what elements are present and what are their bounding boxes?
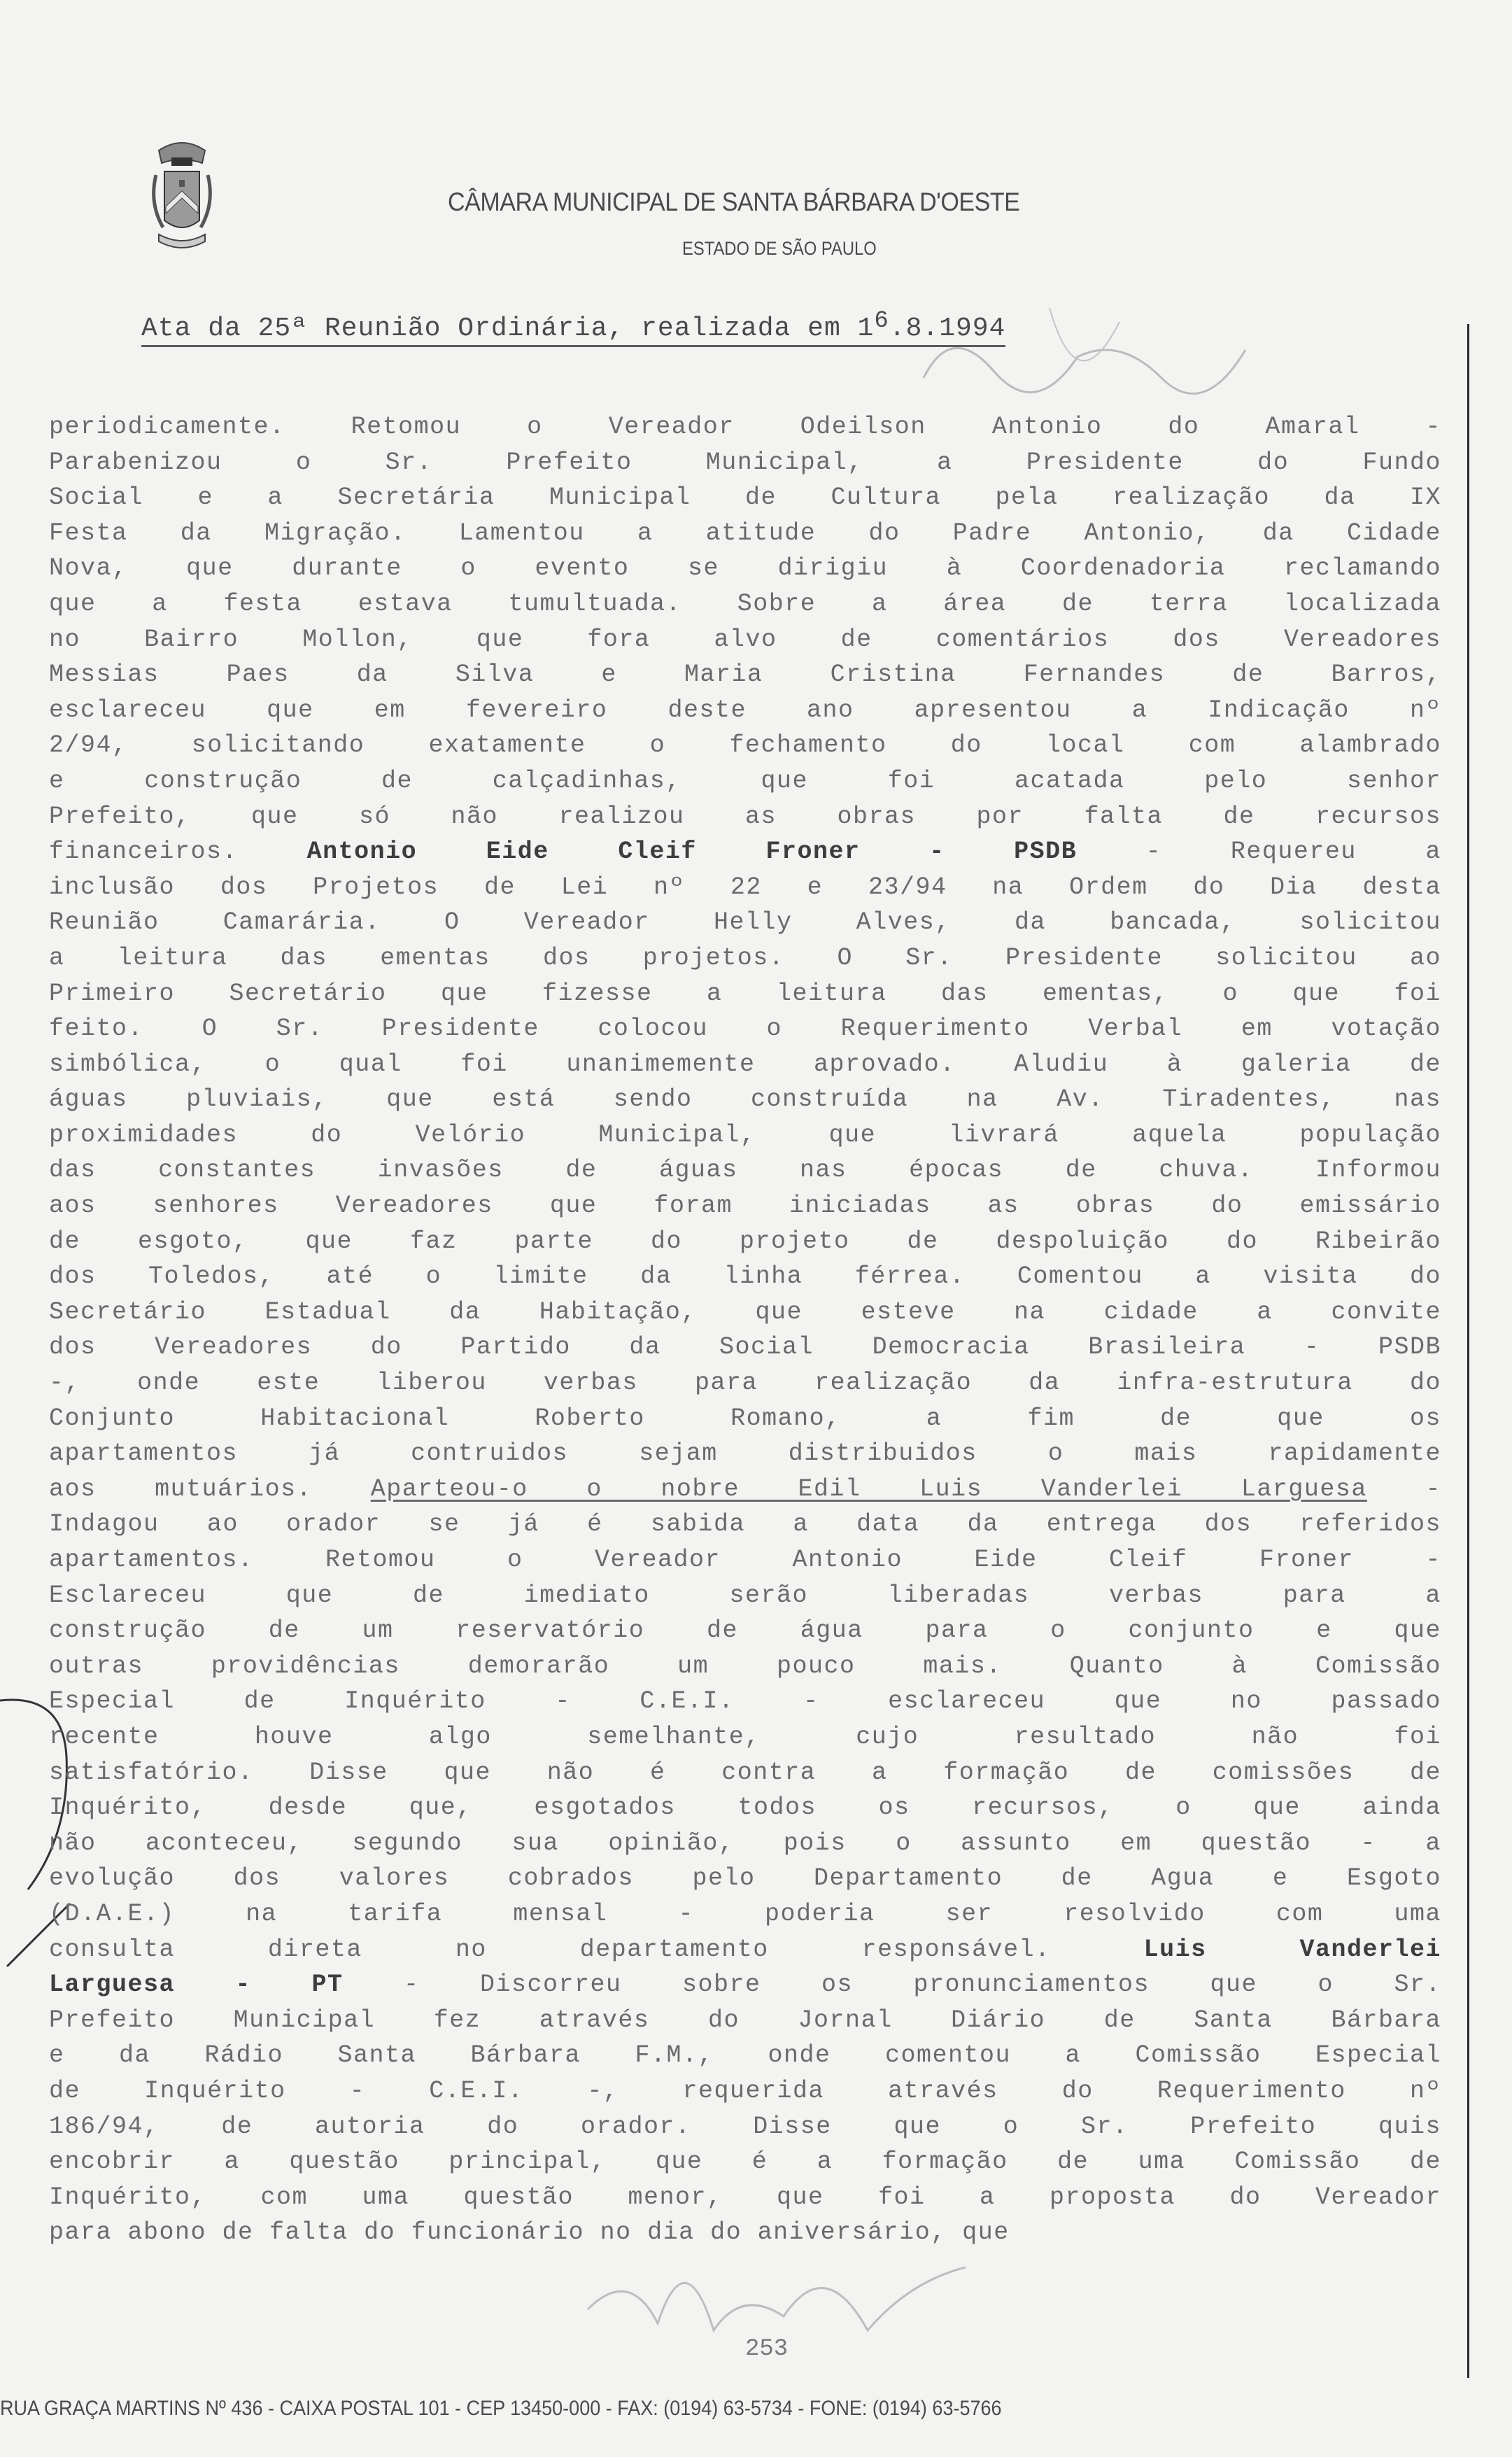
text-segment: Prefeito, que só não realizou as obras p… — [49, 803, 1441, 831]
text-segment: - — [1367, 1475, 1441, 1503]
text-segment: de Inquérito - C.E.I. -, requerida atrav… — [49, 2077, 1441, 2105]
document-title-suffix: .8.1994 — [889, 314, 1006, 344]
text-segment: para abono de falta do funcionário no di… — [49, 2218, 1010, 2246]
text-line: construção de um reservatório de água pa… — [49, 1613, 1441, 1649]
text-line: Especial de Inquérito - C.E.I. - esclare… — [49, 1684, 1441, 1719]
text-segment: Indagou ao orador se já é sabida a data … — [49, 1510, 1441, 1538]
text-line: -, onde este liberou verbas para realiza… — [49, 1365, 1441, 1401]
text-segment: Secretário Estadual da Habitação, que es… — [49, 1298, 1441, 1326]
text-segment: Festa da Migração. Lamentou a atitude do… — [49, 519, 1441, 547]
text-segment: periodicamente. Retomou o Vereador Odeil… — [49, 413, 1441, 441]
text-line: consulta direta no departamento responsá… — [49, 1932, 1441, 1968]
text-line: de esgoto, que faz parte do projeto de d… — [49, 1224, 1441, 1260]
text-segment: 2/94, solicitando exatamente o fechament… — [49, 731, 1441, 759]
text-line: 186/94, de autoria do orador. Disse que … — [49, 2109, 1441, 2145]
text-line: inclusão dos Projetos de Lei nº 22 e 23/… — [49, 870, 1441, 906]
text-segment: Conjunto Habitacional Roberto Romano, a … — [49, 1404, 1441, 1432]
text-segment: apartamentos. Retomou o Vereador Antonio… — [49, 1546, 1441, 1574]
text-segment: inclusão dos Projetos de Lei nº 22 e 23/… — [49, 873, 1441, 901]
text-line: (D.A.E.) na tarifa mensal - poderia ser … — [49, 1896, 1441, 1932]
text-segment: Nova, que durante o evento se dirigiu à … — [49, 554, 1441, 582]
text-line: Esclareceu que de imediato serão liberad… — [49, 1578, 1441, 1614]
text-line: Conjunto Habitacional Roberto Romano, a … — [49, 1401, 1441, 1437]
text-segment: Reunião Camarária. O Vereador Helly Alve… — [49, 908, 1441, 936]
institution-name: CÂMARA MUNICIPAL DE SANTA BÁRBARA D'OEST… — [448, 188, 1019, 217]
text-segment: Prefeito Municipal fez através do Jornal… — [49, 2006, 1441, 2034]
speaker-name: Antonio Eide Cleif Froner - PSDB — [307, 838, 1078, 866]
text-segment: esclareceu que em fevereiro deste ano ap… — [49, 696, 1441, 724]
text-segment: simbólica, o qual foi unanimemente aprov… — [49, 1050, 1441, 1078]
text-segment: satisfatório. Disse que não é contra a f… — [49, 1759, 1441, 1787]
text-segment: não aconteceu, segundo sua opinião, pois… — [49, 1829, 1441, 1857]
text-line: no Bairro Mollon, que fora alvo de comen… — [49, 622, 1441, 658]
text-segment: aos senhores Vereadores que foram inicia… — [49, 1192, 1441, 1220]
text-line: Festa da Migração. Lamentou a atitude do… — [49, 516, 1441, 551]
text-segment: a leitura das ementas dos projetos. O Sr… — [49, 944, 1441, 972]
text-line: Prefeito, que só não realizou as obras p… — [49, 799, 1441, 835]
text-line: feito. O Sr. Presidente colocou o Requer… — [49, 1011, 1441, 1047]
text-segment: Inquérito, desde que, esgotados todos os… — [49, 1794, 1441, 1822]
municipal-coat-of-arms-icon — [143, 136, 220, 259]
text-line: Nova, que durante o evento se dirigiu à … — [49, 551, 1441, 586]
state-name: ESTADO DE SÃO PAULO — [682, 238, 877, 260]
text-segment: de esgoto, que faz parte do projeto de d… — [49, 1227, 1441, 1255]
text-segment: apartamentos já contruidos sejam distrib… — [49, 1439, 1441, 1467]
text-segment: Especial de Inquérito - C.E.I. - esclare… — [49, 1687, 1441, 1715]
text-segment: evolução dos valores cobrados pelo Depar… — [49, 1864, 1441, 1892]
text-segment: e da Rádio Santa Bárbara F.M., onde come… — [49, 2041, 1441, 2069]
text-segment: (D.A.E.) na tarifa mensal - poderia ser … — [49, 1900, 1441, 1928]
text-line: recente houve algo semelhante, cujo resu… — [49, 1719, 1441, 1755]
text-line: Primeiro Secretário que fizesse a leitur… — [49, 976, 1441, 1012]
text-segment: proximidades do Velório Municipal, que l… — [49, 1121, 1441, 1149]
text-line: e da Rádio Santa Bárbara F.M., onde come… — [49, 2038, 1441, 2074]
text-line: das constantes invasões de águas nas épo… — [49, 1153, 1441, 1188]
text-line: não aconteceu, segundo sua opinião, pois… — [49, 1826, 1441, 1861]
text-line: Prefeito Municipal fez através do Jornal… — [49, 2003, 1441, 2039]
text-line: financeiros. Antonio Eide Cleif Froner -… — [49, 834, 1441, 870]
text-line: e construção de calçadinhas, que foi aca… — [49, 763, 1441, 799]
text-segment: Messias Paes da Silva e Maria Cristina F… — [49, 661, 1441, 689]
text-line: Secretário Estadual da Habitação, que es… — [49, 1295, 1441, 1330]
speaker-name: Larguesa - PT — [49, 1971, 344, 1999]
text-line: satisfatório. Disse que não é contra a f… — [49, 1755, 1441, 1791]
text-line: aos senhores Vereadores que foram inicia… — [49, 1188, 1441, 1224]
text-segment: no Bairro Mollon, que fora alvo de comen… — [49, 626, 1441, 654]
text-line: Inquérito, com uma questão menor, que fo… — [49, 2180, 1441, 2216]
text-segment: - Discorreu sobre os pronunciamentos que… — [344, 1971, 1442, 1999]
text-line: simbólica, o qual foi unanimemente aprov… — [49, 1047, 1441, 1083]
minutes-body: periodicamente. Retomou o Vereador Odeil… — [49, 409, 1441, 2251]
text-line: Parabenizou o Sr. Prefeito Municipal, a … — [49, 445, 1441, 481]
text-line: evolução dos valores cobrados pelo Depar… — [49, 1861, 1441, 1896]
text-segment: recente houve algo semelhante, cujo resu… — [49, 1723, 1441, 1751]
document-title-prefix: Ata da 25ª Reunião Ordinária, realizada … — [141, 314, 874, 344]
text-line: de Inquérito - C.E.I. -, requerida atrav… — [49, 2074, 1441, 2109]
text-line: Messias Paes da Silva e Maria Cristina F… — [49, 657, 1441, 693]
text-line: apartamentos já contruidos sejam distrib… — [49, 1436, 1441, 1472]
text-line: Indagou ao orador se já é sabida a data … — [49, 1507, 1441, 1542]
text-line: outras providências demorarão um pouco m… — [49, 1649, 1441, 1684]
text-segment: outras providências demorarão um pouco m… — [49, 1652, 1441, 1680]
speaker-name: Luis Vanderlei — [1144, 1936, 1441, 1964]
margin-rule — [1467, 324, 1469, 2378]
text-segment: dos Vereadores do Partido da Social Demo… — [49, 1333, 1441, 1361]
document-page: CÂMARA MUNICIPAL DE SANTA BÁRBARA D'OEST… — [0, 0, 1512, 2457]
text-segment: Esclareceu que de imediato serão liberad… — [49, 1582, 1441, 1610]
text-segment: feito. O Sr. Presidente colocou o Requer… — [49, 1015, 1441, 1043]
text-line: Larguesa - PT - Discorreu sobre os pronu… — [49, 1967, 1441, 2003]
text-line: apartamentos. Retomou o Vereador Antonio… — [49, 1542, 1441, 1578]
text-line: que a festa estava tumultuada. Sobre a á… — [49, 586, 1441, 622]
text-line: águas pluviais, que está sendo construíd… — [49, 1082, 1441, 1118]
aparte-reference: Aparteou-o o nobre Edil Luis Vanderlei L… — [371, 1475, 1367, 1503]
text-segment: que a festa estava tumultuada. Sobre a á… — [49, 590, 1441, 618]
text-segment: Parabenizou o Sr. Prefeito Municipal, a … — [49, 449, 1441, 477]
text-segment: Social e a Secretária Municipal de Cultu… — [49, 484, 1441, 512]
text-line: esclareceu que em fevereiro deste ano ap… — [49, 693, 1441, 728]
text-line: Inquérito, desde que, esgotados todos os… — [49, 1790, 1441, 1826]
text-line: 2/94, solicitando exatamente o fechament… — [49, 728, 1441, 763]
text-line: encobrir a questão principal, que é a fo… — [49, 2144, 1441, 2180]
text-line: para abono de falta do funcionário no di… — [49, 2215, 1441, 2251]
text-segment: -, onde este liberou verbas para realiza… — [49, 1369, 1441, 1397]
text-segment: financeiros. — [49, 838, 307, 866]
text-segment: Inquérito, com uma questão menor, que fo… — [49, 2183, 1441, 2211]
text-line: periodicamente. Retomou o Vereador Odeil… — [49, 409, 1441, 445]
text-segment: dos Toledos, até o limite da linha férre… — [49, 1262, 1441, 1290]
handwritten-day-digit: 6 — [874, 308, 889, 335]
text-line: aos mutuários. Aparteou-o o nobre Edil L… — [49, 1472, 1441, 1507]
text-line: a leitura das ementas dos projetos. O Sr… — [49, 941, 1441, 976]
text-segment: das constantes invasões de águas nas épo… — [49, 1156, 1441, 1184]
text-segment: águas pluviais, que está sendo construíd… — [49, 1085, 1441, 1113]
text-line: dos Toledos, até o limite da linha férre… — [49, 1259, 1441, 1295]
text-segment: - Requereu a — [1077, 838, 1441, 866]
text-segment: construção de um reservatório de água pa… — [49, 1617, 1441, 1645]
footer-address: RUA GRAÇA MARTINS Nº 436 - CAIXA POSTAL … — [0, 2397, 1002, 2421]
document-title: Ata da 25ª Reunião Ordinária, realizada … — [141, 308, 1005, 344]
text-line: Reunião Camarária. O Vereador Helly Alve… — [49, 905, 1441, 941]
text-segment: Primeiro Secretário que fizesse a leitur… — [49, 980, 1441, 1008]
text-segment: encobrir a questão principal, que é a fo… — [49, 2148, 1441, 2176]
text-segment: aos mutuários. — [49, 1475, 371, 1503]
text-segment: consulta direta no departamento responsá… — [49, 1936, 1144, 1964]
text-line: dos Vereadores do Partido da Social Demo… — [49, 1330, 1441, 1365]
text-segment: 186/94, de autoria do orador. Disse que … — [49, 2113, 1441, 2141]
text-line: Social e a Secretária Municipal de Cultu… — [49, 480, 1441, 516]
text-segment: e construção de calçadinhas, que foi aca… — [49, 767, 1441, 795]
page-number: 253 — [745, 2336, 788, 2363]
text-line: proximidades do Velório Municipal, que l… — [49, 1118, 1441, 1153]
